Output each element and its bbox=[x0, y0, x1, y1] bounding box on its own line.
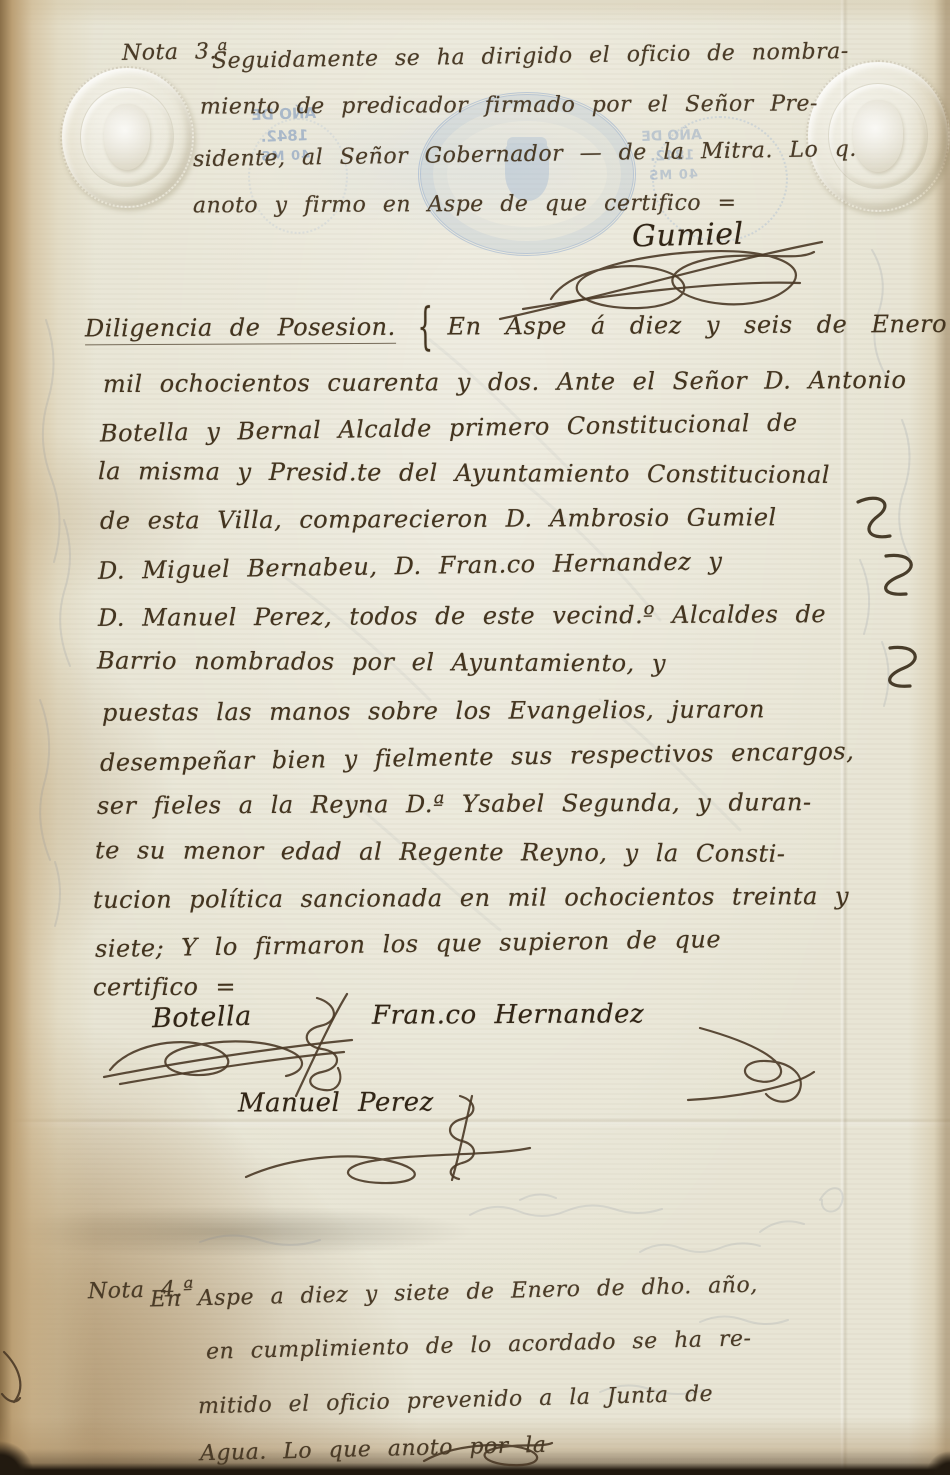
bottom-note-line: Agua. Lo que anoto por la bbox=[200, 1433, 547, 1466]
body-line: Diligencia de Posesion.{En Aspe á diez y… bbox=[85, 310, 950, 343]
body-line: desempeñar bien y fielmente sus respecti… bbox=[100, 737, 855, 777]
embossed-seal-icon bbox=[60, 66, 194, 208]
bottom-note-line: en cumplimiento de lo acordado se ha re- bbox=[206, 1326, 752, 1364]
body-line: te su menor edad al Regente Reyno, y la … bbox=[95, 836, 786, 868]
body-line: certifico = bbox=[93, 973, 236, 1002]
signature-hernandez: Fran.co Hernandez bbox=[372, 999, 644, 1030]
body-line: siete; Y lo firmaron los que supieron de… bbox=[95, 925, 721, 963]
bottom-note-line: En Aspe a diez y siete de Enero de dho. … bbox=[150, 1273, 758, 1313]
body-line: ser fieles a la Reyna D.ª Ysabel Segunda… bbox=[97, 788, 812, 820]
bottom-note-line: mitido el oficio prevenido a la Junta de bbox=[198, 1382, 714, 1420]
diligencia-heading: Diligencia de Posesion. bbox=[85, 313, 396, 346]
body-line: de esta Villa, comparecieron D. Ambrosio… bbox=[100, 503, 777, 535]
brace-mark: { bbox=[418, 297, 434, 356]
stamp-value: 40 MS bbox=[642, 166, 703, 187]
signature-perez: Manuel Perez bbox=[238, 1087, 434, 1118]
manuscript-page: AÑO DE 1842. 40 MS AÑO DE 1842. 40 MS bbox=[0, 0, 950, 1475]
top-note-line: miento de predicador firmado por el Seño… bbox=[200, 91, 818, 119]
body-line: D. Manuel Perez, todos de este vecind.º … bbox=[98, 600, 826, 632]
top-note-line: anoto y firmo en Aspe de que certifico = bbox=[193, 191, 737, 219]
top-note-line: Seguidamente se ha dirigido el oficio de… bbox=[212, 39, 849, 74]
signature-botella: Botella bbox=[152, 1001, 253, 1034]
body-line: tucion política sancionada en mil ochoci… bbox=[93, 882, 849, 914]
signature-gumiel: Gumiel bbox=[632, 217, 745, 255]
top-note-line: sidente, al Señor Gobernador — de la Mit… bbox=[193, 137, 857, 172]
body-line: puestas las manos sobre los Evangelios, … bbox=[102, 695, 765, 726]
body-line: D. Miguel Bernabeu, D. Fran.co Hernandez… bbox=[98, 547, 723, 585]
body-line-text: En Aspe á diez y seis de Enero de bbox=[447, 310, 950, 341]
body-line: Botella y Bernal Alcalde primero Constit… bbox=[100, 409, 798, 448]
embossed-seal-icon bbox=[806, 60, 950, 212]
body-line: mil ochocientos cuarenta y dos. Ante el … bbox=[103, 366, 907, 398]
body-line: Barrio nombrados por el Ayuntamiento, y bbox=[97, 647, 666, 678]
body-line: la misma y Presid.te del Ayuntamiento Co… bbox=[98, 457, 830, 489]
